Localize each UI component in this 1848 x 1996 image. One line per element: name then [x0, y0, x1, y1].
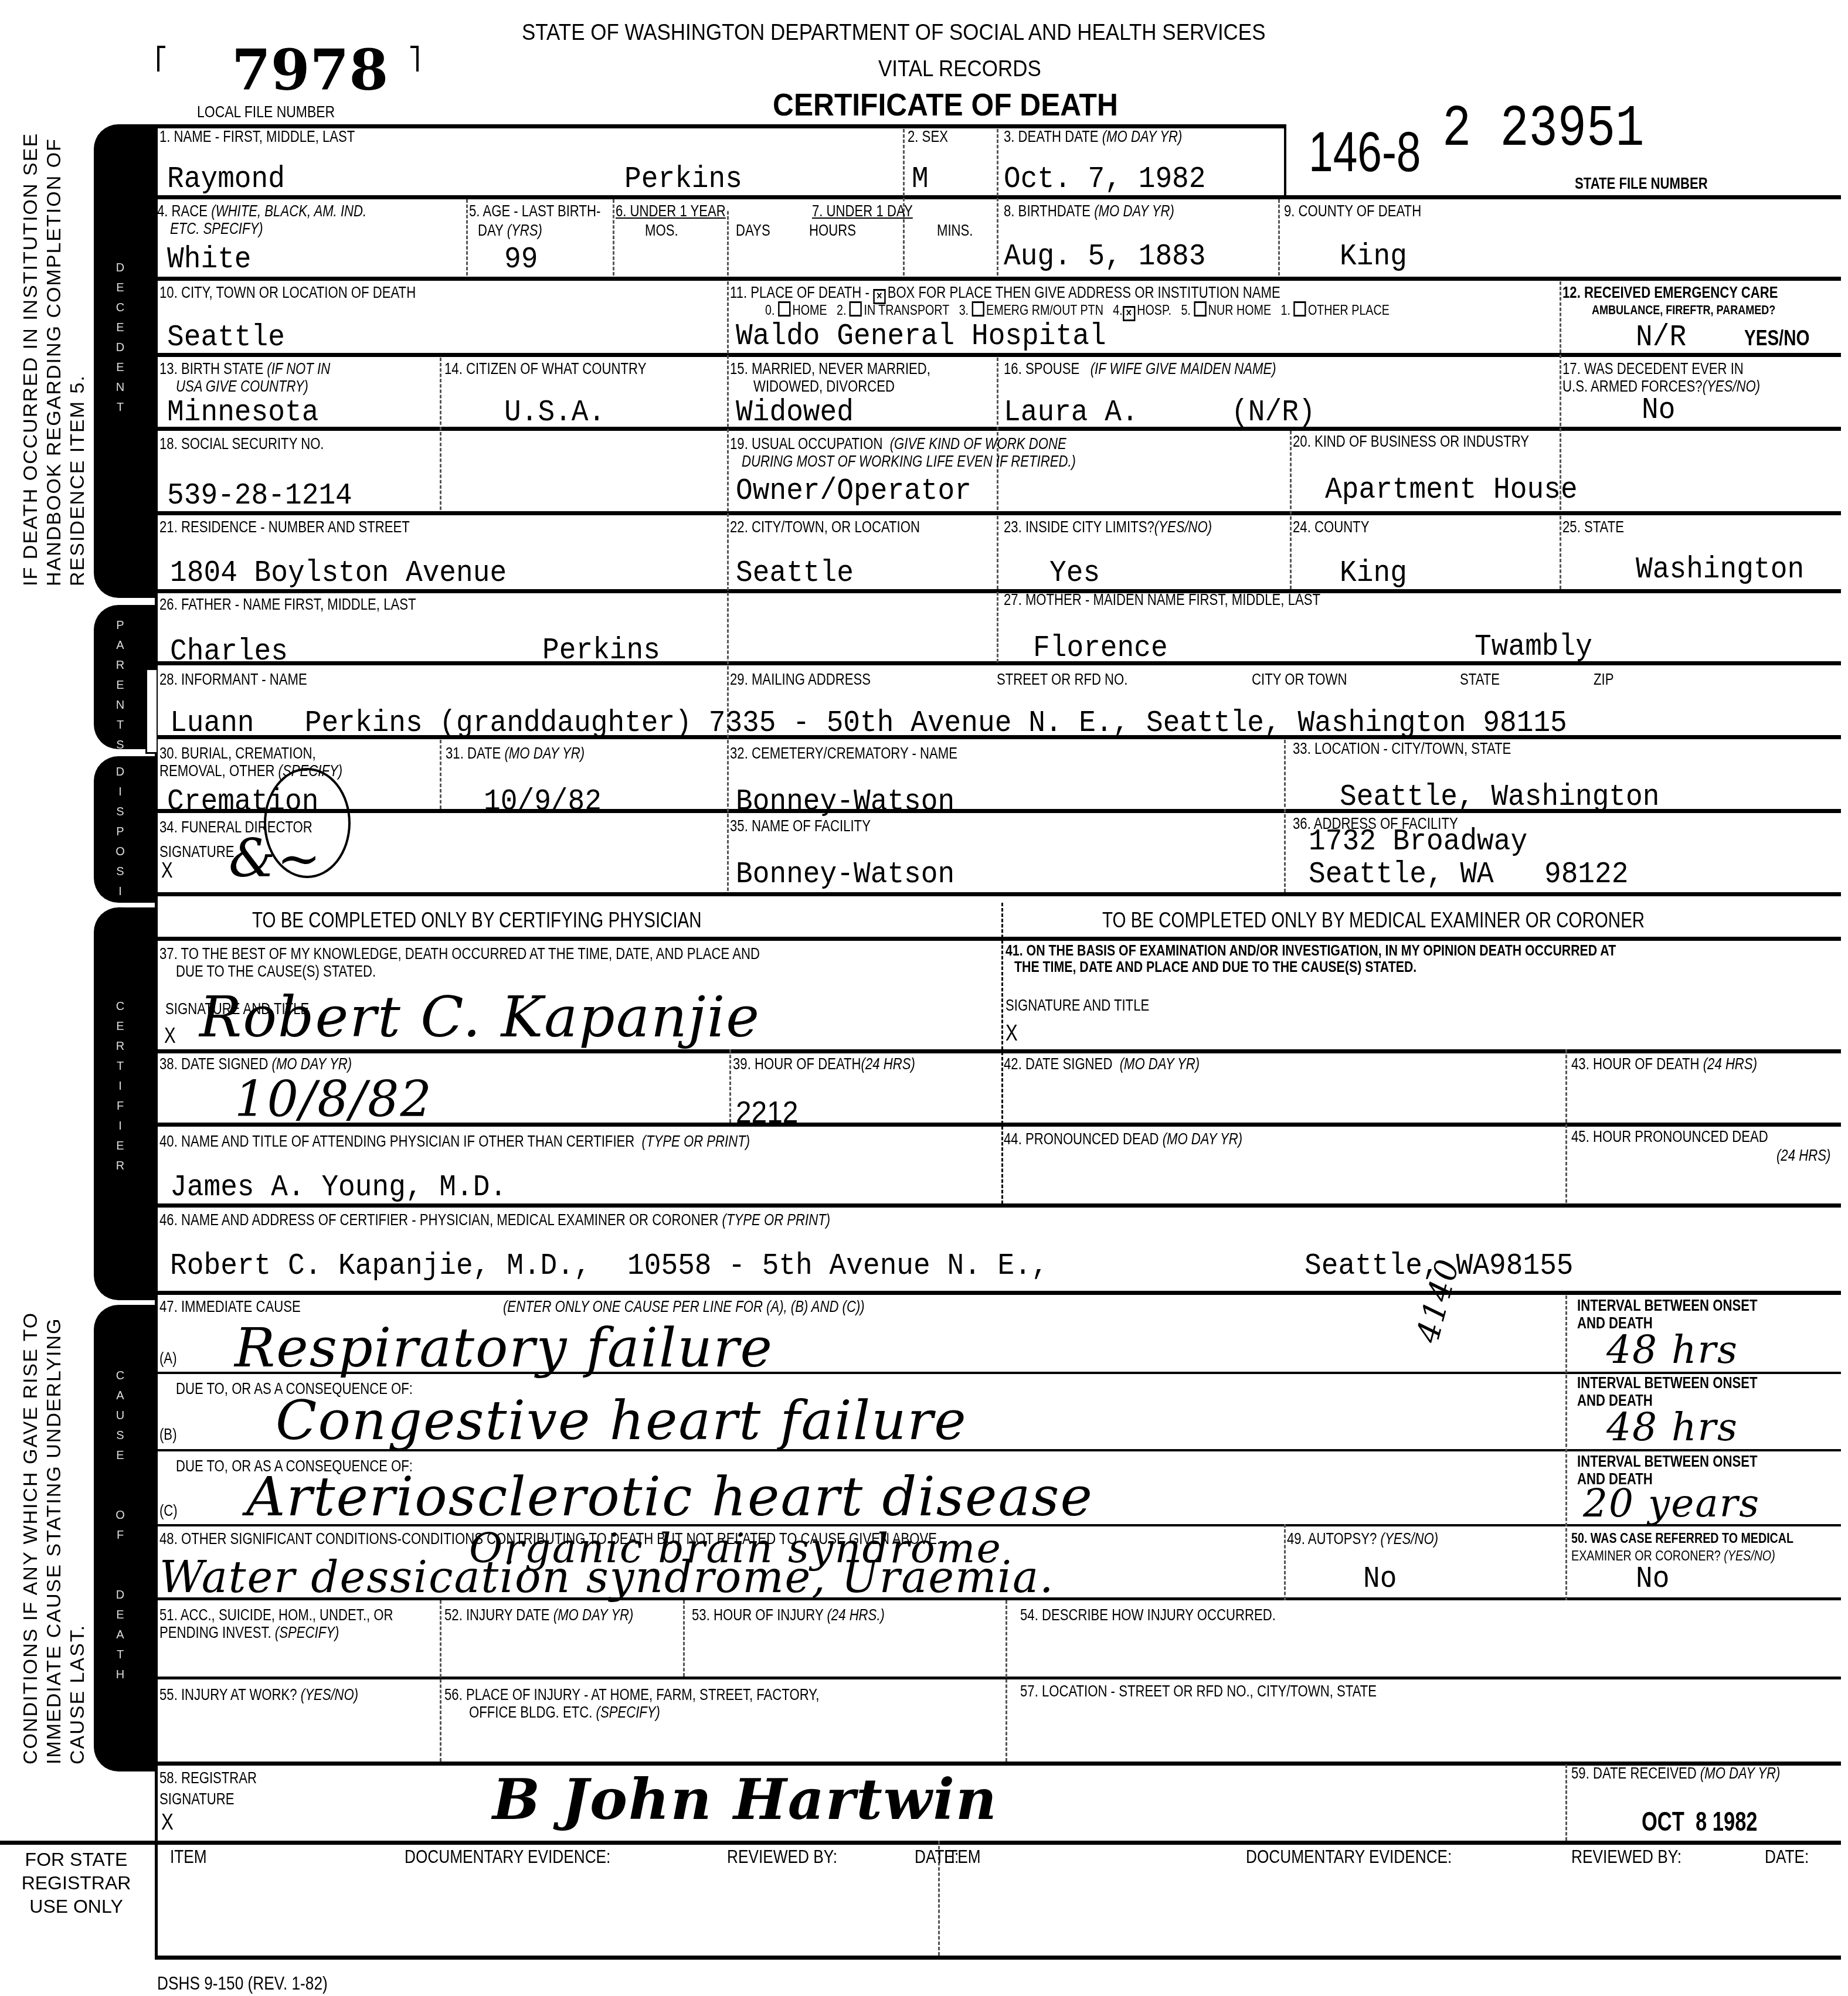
death-date-field[interactable]: Oct. 7, 1982 — [1004, 163, 1206, 196]
f47-label: 47. IMMEDIATE CAUSE — [159, 1298, 301, 1315]
spouse-field[interactable]: Laura A. — [1004, 396, 1139, 429]
residence-county-field[interactable]: King — [1340, 557, 1407, 590]
local-file-label: LOCAL FILE NUMBER — [197, 103, 335, 121]
divider — [727, 281, 729, 891]
birth-date-field[interactable]: Aug. 5, 1883 — [1004, 240, 1206, 273]
f43-label: 43. HOUR OF DEATH (24 HRS) — [1571, 1055, 1757, 1073]
divider — [997, 516, 998, 589]
injury-description-field[interactable] — [1020, 1630, 1835, 1674]
date-received-stamp: OCT 8 1982 — [1642, 1805, 1758, 1837]
f40-label: 40. NAME AND TITLE OF ATTENDING PHYSICIA… — [159, 1133, 750, 1150]
f6-label: 6. UNDER 1 YEAR — [616, 202, 726, 220]
f44-label: 44. PRONOUNCED DEAD (MO DAY YR) — [1004, 1130, 1242, 1148]
place-options: 0. HOME 2. IN TRANSPORT 3. EMERG RM/OUT … — [765, 301, 1390, 321]
f37-text: 37. TO THE BEST OF MY KNOWLEDGE, DEATH O… — [159, 945, 760, 963]
f15-label: 15. MARRIED, NEVER MARRIED, — [730, 360, 930, 378]
state-file-prefix: 146-8 — [1309, 123, 1421, 182]
f41-text: 41. ON THE BASIS OF EXAMINATION AND/OR I… — [1005, 941, 1616, 959]
col-evidence-1: DOCUMENTARY EVIDENCE: — [405, 1848, 610, 1865]
divider — [1005, 1600, 1007, 1762]
state-use-label: FOR STATE REGISTRAR USE ONLY — [6, 1848, 147, 1918]
cause-line-c-field[interactable]: Arteriosclerotic heart disease — [246, 1469, 1093, 1525]
col-evidence-2: DOCUMENTARY EVIDENCE: — [1246, 1848, 1452, 1865]
checkbox-checked-icon: × — [1123, 306, 1135, 321]
crematory-field[interactable]: Bonney-Watson — [736, 786, 954, 818]
interval-a-label: INTERVAL BETWEEN ONSET — [1577, 1297, 1758, 1314]
cause-note-2: IMMEDIATE CAUSE STATING UNDERLYING — [42, 1317, 66, 1764]
physician-heading: TO BE COMPLETED ONLY BY CERTIFYING PHYSI… — [252, 909, 702, 932]
divider — [1290, 431, 1292, 589]
f59-label: 59. DATE RECEIVED (MO DAY YR) — [1571, 1764, 1780, 1782]
divider — [997, 592, 998, 662]
divider — [440, 740, 441, 809]
f55-label: 55. INJURY AT WORK? (YES/NO) — [159, 1686, 358, 1703]
rule — [155, 1291, 1841, 1295]
divider — [1565, 1764, 1567, 1841]
form-left-border — [155, 124, 158, 1883]
f46-label: 46. NAME AND ADDRESS OF CERTIFIER - PHYS… — [159, 1211, 830, 1229]
col-date-2: DATE: — [1765, 1848, 1809, 1865]
me-date-signed-field[interactable] — [1004, 1079, 1555, 1120]
f37-text-2: DUE TO THE CAUSE(S) STATED. — [176, 963, 376, 980]
parents-tab-label: PARENTS — [111, 616, 129, 755]
hour-of-death-field[interactable]: 2212 — [736, 1096, 798, 1129]
divider — [729, 1049, 731, 1123]
place-option-nur-home[interactable]: 5. NUR HOME — [1181, 302, 1271, 318]
f5-label-2: DAY (YRS) — [478, 222, 542, 239]
f45-hint: (24 HRS) — [1776, 1147, 1830, 1164]
checkbox-icon — [850, 301, 862, 317]
physician-signature[interactable]: Robert C. Kapanjie — [199, 997, 760, 1038]
institution-note-1: IF DEATH OCCURRED IN INSTITUTION SEE — [19, 132, 42, 586]
rule — [155, 1677, 1841, 1679]
place-option-home[interactable]: 0. HOME — [765, 302, 827, 318]
f49-label: 49. AUTOPSY? (YES/NO) — [1287, 1530, 1438, 1548]
f5-label: 5. AGE - LAST BIRTH- — [469, 202, 600, 220]
f41-text-2: THE TIME, DATE AND PLACE AND DUE TO THE … — [1014, 958, 1416, 975]
pronounced-dead-field[interactable] — [1004, 1155, 1555, 1201]
divider — [1278, 199, 1280, 276]
funeral-director-signature[interactable]: &~ — [229, 838, 322, 879]
place-option-hosp[interactable]: 4.×HOSP. — [1113, 302, 1171, 318]
f54-label: 54. DESCRIBE HOW INJURY OCCURRED. — [1020, 1606, 1276, 1624]
facility-address-1-field[interactable]: 1732 Broadway — [1309, 825, 1527, 858]
state-use-line-3: USE ONLY — [6, 1895, 147, 1918]
age-field[interactable]: 99 — [504, 243, 538, 276]
county-of-death-field[interactable]: King — [1340, 240, 1407, 273]
f6-days-label: DAYS — [736, 222, 770, 239]
cause-line-a-field[interactable]: Respiratory failure — [235, 1320, 773, 1376]
divider — [1565, 1049, 1567, 1203]
divider — [440, 1600, 441, 1762]
physician-sig-x: X — [164, 1027, 176, 1045]
f12-label: 12. RECEIVED EMERGENCY CARE — [1562, 284, 1778, 301]
divider — [997, 358, 998, 510]
rule — [155, 277, 1841, 281]
death-date-box-right — [1284, 124, 1286, 196]
f13-label: 13. BIRTH STATE (IF NOT IN — [159, 360, 330, 378]
cause-note-3: CAUSE LAST. — [66, 1624, 89, 1764]
referred-field[interactable]: No — [1636, 1563, 1669, 1596]
divider — [1284, 740, 1286, 892]
f20-label: 20. KIND OF BUSINESS OR INDUSTRY — [1293, 433, 1529, 450]
f42-label: 42. DATE SIGNED (MO DAY YR) — [1004, 1055, 1200, 1073]
last-name-field[interactable]: Perkins — [624, 163, 742, 196]
f32-label: 32. CEMETERY/CREMATORY - NAME — [730, 744, 957, 762]
rule — [155, 937, 1841, 941]
residence-street-field[interactable]: 1804 Boylston Avenue — [170, 557, 507, 590]
inside-city-limits-field[interactable]: Yes — [1049, 557, 1100, 590]
f24-label: 24. COUNTY — [1293, 518, 1369, 536]
line-a-marker: (A) — [159, 1349, 177, 1367]
informant-box — [145, 668, 157, 754]
f33-label: 33. LOCATION - CITY/TOWN, STATE — [1293, 740, 1511, 757]
me-sig-x: X — [1005, 1025, 1018, 1042]
place-of-injury-field[interactable] — [444, 1723, 1001, 1759]
f31-label: 31. DATE (MO DAY YR) — [446, 744, 585, 762]
first-name-field[interactable]: Raymond — [167, 163, 285, 196]
divider — [1560, 516, 1561, 589]
f4-label-2: ETC. SPECIFY) — [170, 220, 263, 237]
father-last-field[interactable]: Perkins — [542, 634, 660, 667]
local-file-bracket-left — [157, 46, 165, 72]
f15-label-2: WIDOWED, DIVORCED — [753, 378, 895, 395]
f9-label: 9. COUNTY OF DEATH — [1284, 202, 1421, 220]
attending-physician-field[interactable]: James A. Young, M.D. — [170, 1171, 507, 1204]
place-option-emerg[interactable]: 3. EMERG RM/OUT PTN — [959, 302, 1103, 318]
place-option-other[interactable]: 1. OTHER PLACE — [1280, 302, 1389, 318]
divider — [1565, 1295, 1567, 1600]
date-signed-field[interactable]: 10/8/82 — [235, 1079, 433, 1120]
f25-label: 25. STATE — [1562, 518, 1624, 536]
interval-b-field[interactable]: 48 hrs — [1606, 1407, 1738, 1448]
interval-a-field[interactable]: 48 hrs — [1606, 1329, 1738, 1371]
checkbox-icon — [1293, 301, 1306, 317]
checkbox-icon — [1194, 301, 1206, 317]
f52-label: 52. INJURY DATE (MO DAY YR) — [444, 1606, 633, 1624]
rule — [155, 1049, 1841, 1053]
vital-records-title: VITAL RECORDS — [878, 56, 1041, 82]
injury-date-field[interactable] — [444, 1630, 679, 1674]
f45-label: 45. HOUR PRONOUNCED DEAD — [1571, 1128, 1768, 1145]
registrar-signature[interactable]: B John Hartwin — [492, 1770, 998, 1829]
me-signature-field[interactable] — [1032, 1014, 1560, 1047]
f2-label: 2. SEX — [908, 128, 948, 145]
f12-hint: AMBULANCE, FIREFTR, PARAMED? — [1592, 301, 1775, 319]
f6-mos-label: MOS. — [645, 222, 678, 239]
f19-label: 19. USUAL OCCUPATION (GIVE KIND OF WORK … — [730, 435, 1066, 453]
f29-street: STREET OR RFD NO. — [997, 671, 1127, 688]
cause-note-1: CONDITIONS IF ANY WHICH GAVE RISE TO — [19, 1312, 42, 1764]
state-use-line-1: FOR STATE — [6, 1848, 147, 1871]
spouse-note: (N/R) — [1231, 396, 1316, 429]
hour-pronounced-field[interactable] — [1571, 1167, 1835, 1201]
city-of-death-field[interactable]: Seattle — [167, 321, 285, 354]
certifier-zip-field[interactable]: 98155 — [1489, 1250, 1574, 1283]
line-c-marker: (C) — [159, 1502, 178, 1519]
f28-label: 28. INFORMANT - NAME — [159, 671, 307, 688]
f57-label: 57. LOCATION - STREET OR RFD NO., CITY/T… — [1020, 1682, 1377, 1700]
disposition-date-field[interactable]: 10/9/82 — [484, 786, 602, 818]
f7-mins-label: MINS. — [937, 222, 973, 239]
injury-hour-field[interactable] — [692, 1630, 1000, 1674]
local-file-number: 7978 — [232, 41, 388, 100]
marital-status-field[interactable]: Widowed — [736, 396, 854, 429]
form-number: DSHS 9-150 (REV. 1-82) — [157, 1974, 328, 1992]
divider — [466, 199, 468, 276]
f17-label: 17. WAS DECEDENT EVER IN — [1562, 360, 1744, 378]
f19-hint: DURING MOST OF WORKING LIFE EVEN IF RETI… — [742, 453, 1076, 470]
f4-label: 4. RACE (WHITE, BLACK, AM. IND. — [157, 202, 366, 220]
f3-label: 3. DEATH DATE (MO DAY YR) — [1004, 128, 1182, 145]
f50-label-2: EXAMINER OR CORONER? (YES/NO) — [1571, 1548, 1775, 1565]
f29-state: STATE — [1460, 671, 1500, 688]
funeral-signature-x: X — [161, 862, 173, 879]
line-b-marker: (B) — [159, 1426, 177, 1443]
certifier-tab-label: CERTIFIER — [111, 997, 129, 1176]
certifier-name-field[interactable]: Robert C. Kapanjie, M.D., — [170, 1250, 591, 1283]
f39-label: 39. HOUR OF DEATH(24 HRS) — [733, 1055, 915, 1073]
f10-label: 10. CITY, TOWN OR LOCATION OF DEATH — [159, 284, 416, 301]
divider — [1284, 1524, 1286, 1600]
sex-field[interactable]: M — [912, 163, 929, 196]
divider — [683, 1600, 685, 1677]
autopsy-field[interactable]: No — [1363, 1563, 1397, 1596]
divider — [997, 129, 998, 276]
col-reviewed-1: REVIEWED BY: — [727, 1848, 837, 1865]
f58-label: 58. REGISTRAR — [159, 1769, 257, 1787]
citizenship-field[interactable]: U.S.A. — [504, 396, 605, 429]
divider — [613, 199, 614, 276]
cause-tab-label: CAUSEOFDEATH — [111, 1366, 129, 1685]
f53-label: 53. HOUR OF INJURY (24 HRS.) — [692, 1606, 885, 1624]
f29-label: 29. MAILING ADDRESS — [730, 671, 871, 688]
residence-city-field[interactable]: Seattle — [736, 557, 854, 590]
f29-city: CITY OR TOWN — [1252, 671, 1347, 688]
interval-c-label: INTERVAL BETWEEN ONSET — [1577, 1453, 1758, 1470]
rule — [155, 892, 1841, 896]
state-file-number: 2 23951 — [1442, 100, 1644, 161]
f58-label-2: SIGNATURE — [159, 1790, 235, 1808]
f56-label-2: OFFICE BLDG. ETC. (SPECIFY) — [469, 1703, 660, 1721]
business-field[interactable]: Apartment House — [1325, 474, 1578, 506]
registrar-sig-x: X — [161, 1814, 174, 1831]
f56-label: 56. PLACE OF INJURY - AT HOME, FARM, STR… — [444, 1686, 819, 1703]
f18-label: 18. SOCIAL SECURITY NO. — [159, 435, 324, 453]
ssn-field[interactable]: 539-28-1214 — [167, 480, 352, 512]
certificate-title: CERTIFICATE OF DEATH — [773, 88, 1118, 122]
birth-state-field[interactable]: Minnesota — [167, 396, 318, 429]
rule — [155, 1956, 1841, 1960]
f12-yesno: YES/NO — [1744, 329, 1810, 347]
interval-c-field[interactable]: 20 years — [1583, 1483, 1760, 1524]
institution-note-3: RESIDENCE ITEM 5. — [66, 375, 89, 586]
f13-hint: USA GIVE COUNTRY) — [176, 378, 308, 395]
armed-forces-field[interactable]: No — [1642, 394, 1675, 427]
state-use-line-2: REGISTRAR — [6, 1871, 147, 1895]
state-file-label: STATE FILE NUMBER — [1575, 175, 1708, 192]
injury-location-field[interactable] — [1020, 1706, 1835, 1759]
f30-label: 30. BURIAL, CREMATION, — [159, 744, 316, 762]
f16-label: 16. SPOUSE (IF WIFE GIVE MAIDEN NAME) — [1004, 360, 1276, 378]
examiner-heading: TO BE COMPLETED ONLY BY MEDICAL EXAMINER… — [1102, 909, 1645, 932]
f14-label: 14. CITIZEN OF WHAT COUNTRY — [444, 360, 646, 378]
checkbox-icon — [972, 301, 984, 317]
f7-label: 7. UNDER 1 DAY — [812, 202, 913, 220]
divider — [727, 211, 729, 276]
mother-first-field[interactable]: Florence — [1033, 632, 1168, 665]
f35-label: 35. NAME OF FACILITY — [730, 817, 871, 835]
f50-label: 50. WAS CASE REFERRED TO MEDICAL — [1571, 1530, 1793, 1548]
local-file-bracket-right — [410, 46, 419, 72]
divider — [440, 358, 441, 510]
col-reviewed-2: REVIEWED BY: — [1571, 1848, 1681, 1865]
col-item-1: ITEM — [170, 1848, 207, 1865]
state-use-border — [155, 1841, 158, 1958]
f27-label: 27. MOTHER - MAIDEN NAME FIRST, MIDDLE, … — [1004, 591, 1320, 608]
certifier-street-field[interactable]: 10558 - 5th Avenue N. E., — [627, 1250, 1048, 1283]
f1-label: 1. NAME - FIRST, MIDDLE, LAST — [159, 128, 355, 145]
f22-label: 22. CITY/TOWN, OR LOCATION — [730, 518, 920, 536]
col-item-2: ITEM — [944, 1848, 981, 1865]
place-option-transport[interactable]: 2. IN TRANSPORT — [837, 302, 949, 318]
interval-b-label: INTERVAL BETWEEN ONSET — [1577, 1374, 1758, 1392]
occupation-field[interactable]: Owner/Operator — [736, 475, 971, 508]
other-conditions-2-field[interactable]: Water dessication syndrome, Uraemia. — [159, 1557, 1055, 1598]
f21-label: 21. RESIDENCE - NUMBER AND STREET — [159, 518, 410, 536]
rule — [0, 1841, 1841, 1845]
father-first-field[interactable]: Charles — [170, 635, 288, 668]
emergency-care-field[interactable]: N/R — [1636, 321, 1686, 354]
race-field[interactable]: White — [167, 243, 252, 276]
place-of-death-field[interactable]: Waldo General Hospital — [736, 320, 1106, 353]
manner-field[interactable] — [159, 1641, 435, 1674]
f23-label: 23. INSIDE CITY LIMITS?(YES/NO) — [1004, 518, 1212, 536]
decedent-tab-label: DECEDENT — [111, 258, 129, 417]
disposition-location-field[interactable]: Seattle, Washington — [1340, 781, 1659, 814]
facility-address-2-field[interactable]: Seattle, WA 98122 — [1309, 858, 1628, 891]
rule — [155, 353, 1841, 357]
injury-at-work-field[interactable] — [159, 1712, 435, 1759]
f47-hint: (ENTER ONLY ONE CAUSE PER LINE FOR (A), … — [503, 1298, 865, 1315]
checkbox-icon — [778, 301, 790, 317]
institution-note-2: HANDBOOK REGARDING COMPLETION OF — [42, 138, 66, 586]
me-hour-of-death-field[interactable] — [1571, 1079, 1835, 1120]
me-sig-label: SIGNATURE AND TITLE — [1005, 997, 1149, 1014]
cause-line-b-field[interactable]: Congestive heart failure — [276, 1393, 967, 1449]
rule — [155, 511, 1841, 515]
f51-label-2: PENDING INVEST. (SPECIFY) — [159, 1624, 339, 1641]
f29-zip: ZIP — [1594, 671, 1613, 688]
agency-title: STATE OF WASHINGTON DEPARTMENT OF SOCIAL… — [522, 20, 1265, 46]
f8-label: 8. BIRTHDATE (MO DAY YR) — [1004, 202, 1174, 220]
informant-field[interactable]: Luann Perkins (granddaughter) 7335 - 50t… — [170, 707, 1567, 740]
residence-state-field[interactable]: Washington — [1636, 553, 1804, 586]
f7-hours-label: HOURS — [809, 222, 856, 239]
facility-field[interactable]: Bonney-Watson — [736, 858, 954, 891]
f26-label: 26. FATHER - NAME FIRST, MIDDLE, LAST — [159, 596, 416, 613]
f51-label: 51. ACC., SUICIDE, HOM., UNDET., OR — [159, 1606, 393, 1624]
mother-last-field[interactable]: Twambly — [1475, 631, 1592, 664]
